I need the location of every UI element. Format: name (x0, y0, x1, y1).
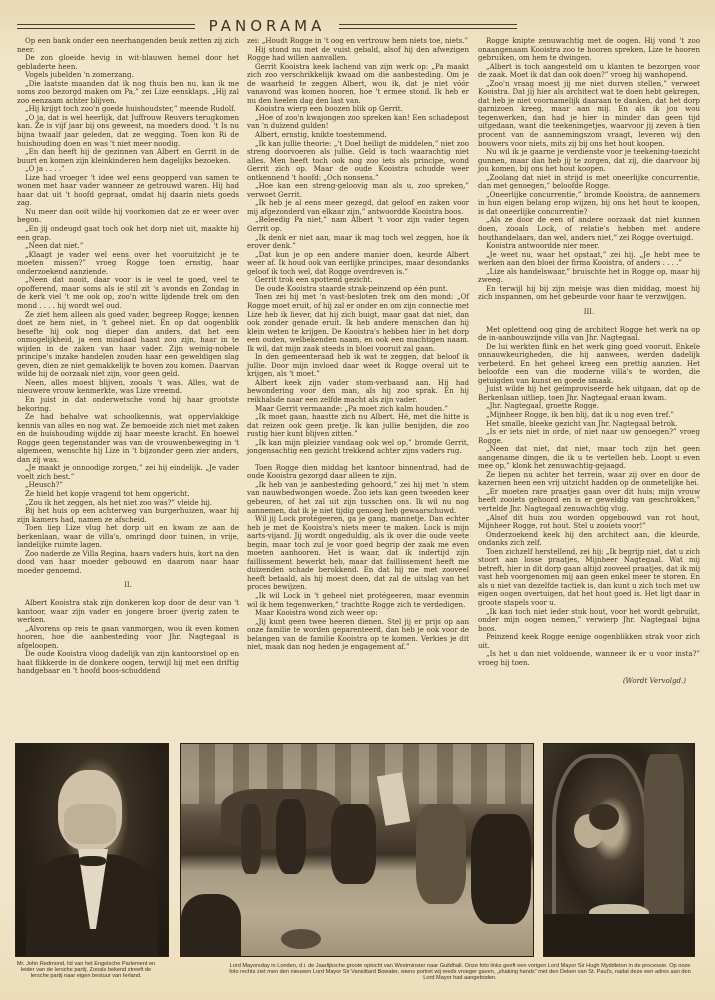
paragraph: „Ik kan jullie theorie: „'t Doel heiligt… (247, 140, 469, 183)
paragraph: En juist in dat onderwetsche vond hij ha… (17, 396, 239, 413)
paragraph: „En dan heeft hij de gezinnen van Albert… (17, 148, 239, 165)
paragraph: De zon gloeide hevig in wit-blauwen heme… (17, 54, 239, 71)
paragraph: „Neen dat niet, dat niet, maar toch zijn… (478, 445, 700, 471)
paragraph: „Ik heb je al eens meer gezegd, dat gelo… (247, 199, 469, 216)
paragraph: Bij het huis op een achterweg van burger… (17, 507, 239, 524)
paragraph: Neen, alles moest blijven, zooals 't was… (17, 379, 239, 396)
section-heading-3: III. (478, 308, 700, 317)
paragraph: De lui werkten flink en het werk ging go… (478, 343, 700, 386)
caption-redmond: Mr. John Redmond, lid van het Engelsche … (12, 961, 160, 980)
paragraph: „Zoolang dat niet in strijd is met oneer… (478, 174, 700, 191)
paragraph: „Die laatste maanden dat ik nog thuis be… (17, 80, 239, 106)
paragraph: „Oneerlijke concurrentie,” bromde Kooist… (478, 191, 700, 217)
paragraph: „Je maakt je onnoodige zorgen,” zei hij … (17, 464, 239, 481)
paragraph: Hij stond nu met de vuist gebald, alsof … (247, 46, 469, 63)
paragraph: „Is er iets niet in orde, of niet naar u… (478, 428, 700, 445)
paragraph: „Ik denk er niet aan, maar ik mag toch w… (247, 234, 469, 251)
paragraph: „Dat kun je op een andere manier doen, k… (247, 251, 469, 277)
paragraph: Ze had behalve wat schoolkennis, wat opp… (17, 413, 239, 464)
masthead-rule-left (17, 24, 195, 29)
to-be-continued-note: (Wordt Vervolgd.) (478, 677, 700, 686)
paragraph: De oude Kooistra vloog dadelijk van zijn… (17, 650, 239, 676)
paragraph: Ze ziet hem alleen als goed vader, begre… (17, 311, 239, 379)
paragraph: „Zoo'n vraag moest jij me niet durven st… (478, 80, 700, 148)
paragraph: „Alvorens op reis te gaan vanmorgen, wou… (17, 625, 239, 651)
paragraph: „O ja, dat is wel heerlijk, dat Juffrouw… (17, 114, 239, 148)
paragraph: „Beleedig Pa niet,” nam Albert 't voor z… (247, 216, 469, 233)
paragraph: Wil jij Lock protégeeren, ga je gang, ma… (247, 515, 469, 592)
article-column-3: Rogge knipte zenuwachtig met de oogen. H… (478, 37, 700, 686)
paragraph: Onderzoekend keek hij den architect aan,… (478, 531, 700, 548)
section-heading-2: II. (17, 581, 239, 590)
paragraph: Lize had vroeger 't idee wel eens geoppe… (17, 174, 239, 208)
paragraph: Met oplettend oog ging de architect Rogg… (478, 326, 700, 343)
article-column-1: Op een bank onder een neerhangenden beuk… (17, 37, 239, 676)
paragraph: En terwijl hij bij zijn meisje was dien … (478, 285, 700, 302)
paragraph: „Neen dat nooit, daar voor is ie veel te… (17, 276, 239, 310)
paragraph: „Ik kan mijn pleizier vandaag ook wel op… (247, 439, 469, 456)
paragraph: Toen zichzelf herstellend, zei hij: „Ik … (478, 548, 700, 608)
paragraph: „Als ze door de een of andere oorzaak da… (478, 216, 700, 242)
paragraph: Peinzend keek Rogge eenige oogenblikken … (478, 633, 700, 650)
paragraph: Op een bank onder een neerhangenden beuk… (17, 37, 239, 54)
paragraph: „Er moeten rare praatjes gaan over dit h… (478, 488, 700, 514)
paragraph: Juist wilde hij het geïmproviseerde hek … (478, 385, 700, 402)
magazine-page: PANORAMA Op een bank onder een neerhange… (0, 0, 715, 1000)
paragraph: „Ik heb van je aanbesteding gehoord,” ze… (247, 481, 469, 515)
paragraph: „Ik kan toch niet ieder stuk hout, voor … (478, 608, 700, 634)
paragraph: „Ik wil Lock in 't geheel niet protégeer… (247, 592, 469, 609)
paragraph: „Hoe kan een streng-geloovig man als u, … (247, 182, 469, 199)
paragraph: Zoo naderde ze Villa Regina, haars vader… (17, 550, 239, 576)
magazine-title: PANORAMA (195, 17, 340, 35)
paragraph: „Lize als handelswaar,” bruischte het in… (478, 268, 700, 285)
paragraph: „Ik moet gaan, haastte zich nu Albert. H… (247, 413, 469, 439)
paragraph: Albert keek zijn vader stom-verbaasd aan… (247, 379, 469, 405)
article-column-2: zei: „Houdt Rogge in 't oog en vertrouw … (247, 37, 469, 652)
paragraph: „Albert is toch aangesteld om u klanten … (478, 63, 700, 80)
paragraph: Gerrit Kooistra keek lachend van zijn we… (247, 63, 469, 106)
paragraph: „Is het u dan niet voldoende, wanneer ik… (478, 650, 700, 667)
paragraph: Nu meer dan ooit wilde hij voorkomen dat… (17, 208, 239, 225)
paragraph: In den gemeenteraad heb ik wat te zeggen… (247, 353, 469, 379)
paragraph: Toen zei hij met 'n vast-besloten trek o… (247, 293, 469, 353)
masthead: PANORAMA (17, 17, 517, 35)
paragraph: „Klaagt je vader wel eens over het vooru… (17, 251, 239, 277)
caption-lord-mayor: Lord Mayorsday in Londen, d.i. de Jaarli… (225, 963, 695, 982)
paragraph: Nu wil ik je gaarne je verdienste voor j… (478, 148, 700, 174)
paragraph: „Jij kunt geen twee heeren dienen. Stel … (247, 618, 469, 652)
paragraph: Albert Kooistra stak zijn donkeren kop d… (17, 599, 239, 625)
paragraph: Rogge knipte zenuwachtig met de oogen. H… (478, 37, 700, 63)
paragraph: Toen liep Lize vlug het dorp uit en kwam… (17, 524, 239, 550)
paragraph: Toen Rogge dien middag het kantoor binne… (247, 464, 469, 481)
photo-lord-mayor-handshake (543, 743, 695, 957)
photo-lord-mayor-procession (180, 743, 534, 957)
paragraph: „Alsof dit huis zou worden opgebouwd van… (478, 514, 700, 531)
photo-john-redmond (15, 743, 169, 957)
masthead-rule-right (339, 24, 517, 29)
paragraph: Ze liepen nu achter het terrein, waar zi… (478, 471, 700, 488)
paragraph: „En jij ondeugd gaat toch ook het dorp n… (17, 225, 239, 242)
paragraph: „Hoe of zoo'n kwajongen zoo spreken kan!… (247, 114, 469, 131)
paragraph: „Je weet nu, waar het opstaat,” zei hij.… (478, 251, 700, 268)
